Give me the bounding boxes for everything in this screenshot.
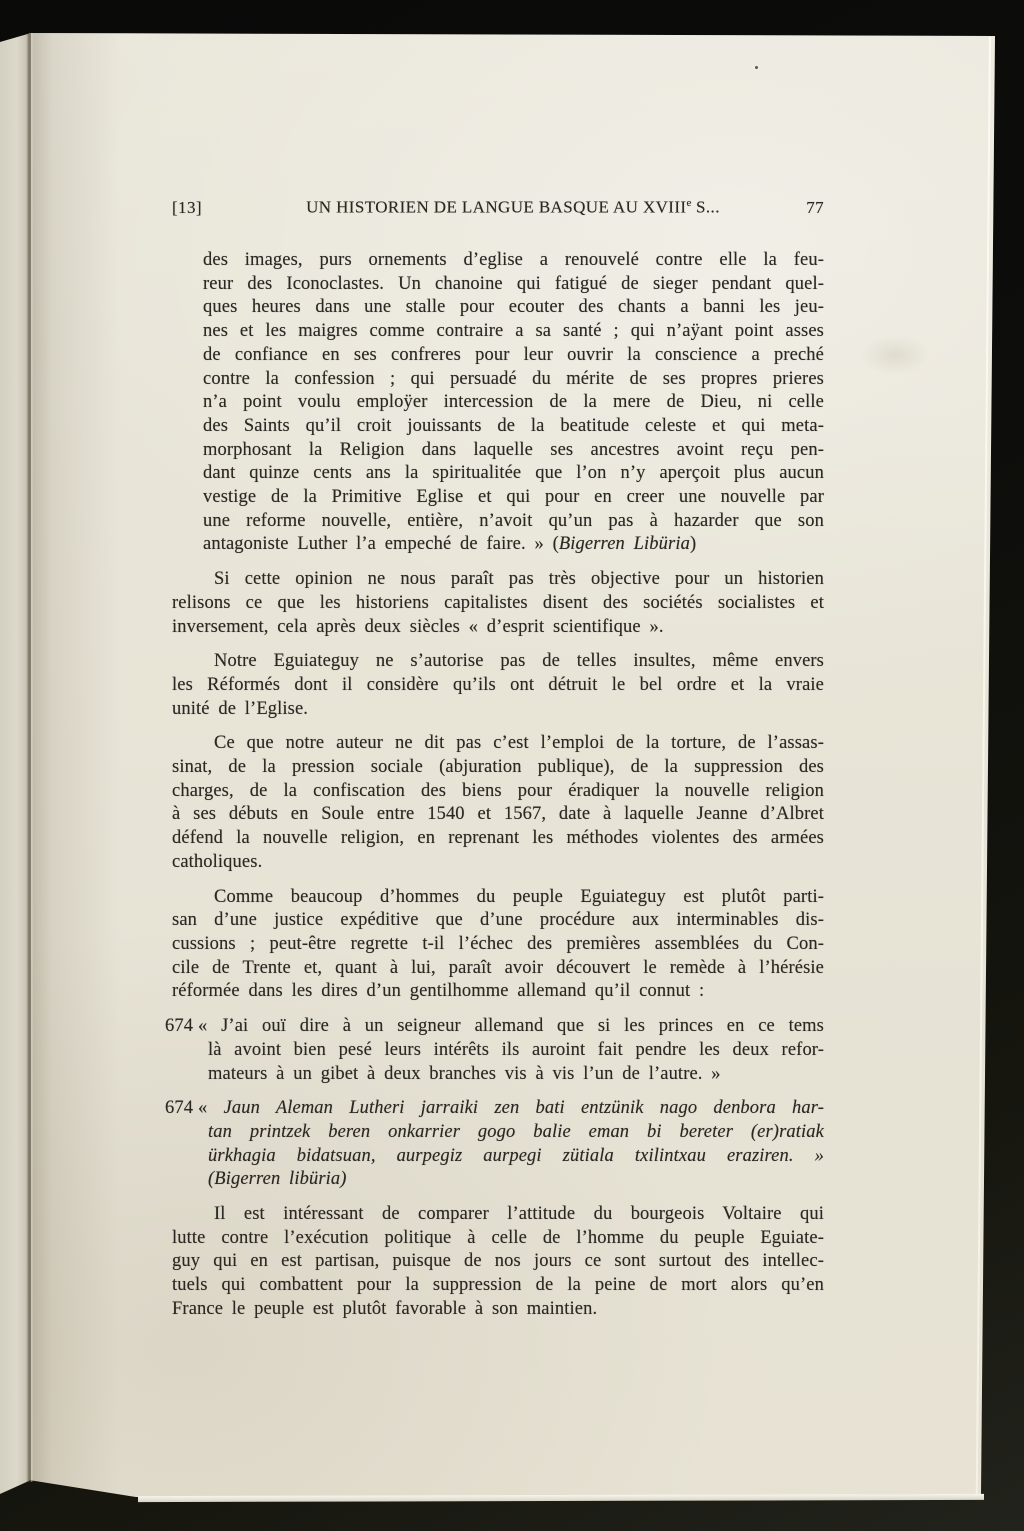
numbered-quote-block: 674« J’ai ouï dire à un seigneur alleman… bbox=[172, 1015, 824, 1086]
text-segment: cile de Trente et, quant à lui, paraît a… bbox=[172, 958, 824, 978]
numbered-quote-block: 674« Jaun Aleman Lutheri jarraiki zen ba… bbox=[172, 1097, 824, 1192]
text-line: France le peuple est plutôt favorable à … bbox=[172, 1298, 824, 1322]
paragraph: Ce que notre auteur ne dit pas c’est l’e… bbox=[172, 732, 824, 874]
text-line: antagoniste Luther l’a empeché de faire.… bbox=[203, 533, 824, 557]
text-segment: Ce que notre auteur ne dit pas c’est l’e… bbox=[214, 733, 824, 753]
text-line: cile de Trente et, quant à lui, paraît a… bbox=[172, 957, 824, 981]
text-segment: des images, purs ornements d’eglise a re… bbox=[203, 250, 824, 270]
text-segment: les Réformés dont il considère qu’ils on… bbox=[172, 675, 824, 695]
text-segment: des Saints qu’il croit jouissants de la … bbox=[203, 416, 824, 436]
text-line: Il est intéressant de comparer l’attitud… bbox=[172, 1203, 824, 1227]
text-segment: tuels qui combattent pour la suppression… bbox=[172, 1275, 824, 1295]
text-line: des Saints qu’il croit jouissants de la … bbox=[203, 415, 824, 439]
text-segment: san d’une justice expéditive que d’une p… bbox=[172, 910, 824, 930]
text-line: morphosant la Religion dans laquelle ses… bbox=[203, 439, 824, 463]
paragraph: Il est intéressant de comparer l’attitud… bbox=[172, 1203, 824, 1322]
text-column: des images, purs ornements d’eglise a re… bbox=[172, 249, 824, 1322]
text-line: catholiques. bbox=[172, 851, 824, 875]
text-segment: inversement, cela après deux siècles « d… bbox=[172, 617, 664, 637]
text-segment: guy qui en est partisan, puisque de nos … bbox=[172, 1251, 824, 1271]
text-segment: lutte contre l’exécution politique à cel… bbox=[172, 1228, 824, 1248]
italic-text: ürkhagia bidatsuan, aurpegiz aurpegi züt… bbox=[208, 1146, 824, 1166]
text-segment: n’a point voulu emploÿer intercession de… bbox=[203, 392, 824, 412]
text-line: inversement, cela après deux siècles « d… bbox=[172, 616, 824, 640]
text-line: ques heures dans une stalle pour ecouter… bbox=[203, 296, 824, 320]
text-segment: antagoniste Luther l’a empeché de faire.… bbox=[203, 534, 559, 554]
text-segment: nes et les maigres comme contraire a sa … bbox=[203, 321, 824, 341]
text-line: Si cette opinion ne nous paraît pas très… bbox=[172, 568, 824, 592]
text-line: n’a point voulu emploÿer intercession de… bbox=[203, 391, 824, 415]
text-line: guy qui en est partisan, puisque de nos … bbox=[172, 1250, 824, 1274]
text-segment: mateurs à un gibet à deux branches vis à… bbox=[208, 1064, 721, 1084]
text-segment: de confiance en ses confreres pour leur … bbox=[203, 345, 824, 365]
running-title-text: UN HISTORIEN DE LANGUE BASQUE AU XVIII bbox=[306, 198, 686, 217]
text-segment: cussions ; peut-être regrette t-il l’éch… bbox=[172, 934, 824, 954]
scanned-book-photo: [13] UN HISTORIEN DE LANGUE BASQUE AU XV… bbox=[0, 0, 1024, 1531]
text-segment: défend la nouvelle religion, en reprenan… bbox=[172, 828, 824, 848]
text-line: là avoint bien pesé leurs intérêts ils a… bbox=[208, 1039, 824, 1063]
text-line: une reforme nouvelle, entière, n’avoit q… bbox=[203, 510, 824, 534]
text-line: tuels qui combattent pour la suppression… bbox=[172, 1274, 824, 1298]
text-segment: une reforme nouvelle, entière, n’avoit q… bbox=[203, 511, 824, 531]
text-line: « Jaun Aleman Lutheri jarraiki zen bati … bbox=[208, 1097, 824, 1121]
text-line: cussions ; peut-être regrette t-il l’éch… bbox=[172, 933, 824, 957]
text-line: vestige de la Primitive Eglise et qui po… bbox=[203, 486, 824, 510]
page-bottom-edge bbox=[138, 1494, 984, 1502]
text-line: sinat, de la pression sociale (abjuratio… bbox=[172, 756, 824, 780]
text-line: Ce que notre auteur ne dit pas c’est l’e… bbox=[172, 732, 824, 756]
text-line: défend la nouvelle religion, en reprenan… bbox=[172, 827, 824, 851]
text-line: réformée dans les dires d’un gentilhomme… bbox=[172, 980, 824, 1004]
binding-crease bbox=[26, 33, 33, 1482]
italic-text: (Bigerren libüria) bbox=[208, 1169, 347, 1189]
paper-smudge bbox=[860, 335, 930, 375]
italic-text: Jaun Aleman Lutheri jarraiki zen bati en… bbox=[224, 1098, 824, 1118]
text-segment: Notre Eguiateguy ne s’autorise pas de te… bbox=[214, 651, 824, 671]
text-line: lutte contre l’exécution politique à cel… bbox=[172, 1227, 824, 1251]
item-number: 674 bbox=[165, 1097, 193, 1121]
paragraph: Notre Eguiateguy ne s’autorise pas de te… bbox=[172, 650, 824, 721]
text-line: reur des Iconoclastes. Un chanoine qui f… bbox=[203, 273, 824, 297]
italic-text: tan printzek beren onkarrier gogo balie … bbox=[208, 1122, 824, 1142]
text-line: charges, de la confiscation des biens po… bbox=[172, 780, 824, 804]
text-segment: catholiques. bbox=[172, 852, 262, 872]
text-segment: vestige de la Primitive Eglise et qui po… bbox=[203, 487, 824, 507]
text-line: tan printzek beren onkarrier gogo balie … bbox=[208, 1121, 824, 1145]
text-line: (Bigerren libüria) bbox=[208, 1168, 824, 1192]
text-line: des images, purs ornements d’eglise a re… bbox=[203, 249, 824, 273]
text-segment: Si cette opinion ne nous paraît pas très… bbox=[214, 569, 824, 589]
italic-text: Bigerren Libüria bbox=[559, 534, 690, 554]
text-segment: à ses débuts en Soule entre 1540 et 1567… bbox=[172, 804, 824, 824]
text-segment: France le peuple est plutôt favorable à … bbox=[172, 1299, 597, 1319]
text-segment: « J’ai ouï dire à un seigneur allemand q… bbox=[198, 1016, 824, 1036]
text-line: les Réformés dont il considère qu’ils on… bbox=[172, 674, 824, 698]
text-segment: sinat, de la pression sociale (abjuratio… bbox=[172, 757, 824, 777]
text-segment: contre la confession ; qui persuadé du m… bbox=[203, 369, 824, 389]
item-number: 674 bbox=[165, 1015, 193, 1039]
text-segment: dant quinze cents ans la spiritualitée q… bbox=[203, 463, 824, 483]
text-line: à ses débuts en Soule entre 1540 et 1567… bbox=[172, 803, 824, 827]
text-line: dant quinze cents ans la spiritualitée q… bbox=[203, 462, 824, 486]
page-number: 77 bbox=[764, 198, 824, 218]
block-quote: des images, purs ornements d’eglise a re… bbox=[203, 249, 824, 557]
text-segment: « bbox=[198, 1098, 224, 1118]
bracket-page-number: [13] bbox=[172, 198, 262, 218]
text-segment: relisons ce que les historiens capitalis… bbox=[172, 593, 824, 613]
paragraph: Si cette opinion ne nous paraît pas très… bbox=[172, 568, 824, 639]
text-segment: reur des Iconoclastes. Un chanoine qui f… bbox=[203, 274, 824, 294]
text-line: « J’ai ouï dire à un seigneur allemand q… bbox=[208, 1015, 824, 1039]
text-segment: Comme beaucoup d’hommes du peuple Eguiat… bbox=[214, 887, 824, 907]
text-line: mateurs à un gibet à deux branches vis à… bbox=[208, 1063, 824, 1087]
text-segment: charges, de la confiscation des biens po… bbox=[172, 781, 824, 801]
text-segment: Il est intéressant de comparer l’attitud… bbox=[214, 1204, 824, 1224]
text-line: san d’une justice expéditive que d’une p… bbox=[172, 909, 824, 933]
text-line: nes et les maigres comme contraire a sa … bbox=[203, 320, 824, 344]
text-line: de confiance en ses confreres pour leur … bbox=[203, 344, 824, 368]
text-line: Comme beaucoup d’hommes du peuple Eguiat… bbox=[172, 886, 824, 910]
text-segment: unité de l’Eglise. bbox=[172, 699, 308, 719]
text-line: unité de l’Eglise. bbox=[172, 698, 824, 722]
running-title: UN HISTORIEN DE LANGUE BASQUE AU XVIIIe … bbox=[262, 197, 764, 218]
text-line: contre la confession ; qui persuadé du m… bbox=[203, 368, 824, 392]
running-header: [13] UN HISTORIEN DE LANGUE BASQUE AU XV… bbox=[172, 197, 824, 218]
text-segment: morphosant la Religion dans laquelle ses… bbox=[203, 440, 824, 460]
paper-speck bbox=[755, 66, 758, 69]
text-line: Notre Eguiateguy ne s’autorise pas de te… bbox=[172, 650, 824, 674]
text-segment: ques heures dans une stalle pour ecouter… bbox=[203, 297, 824, 317]
text-segment: réformée dans les dires d’un gentilhomme… bbox=[172, 981, 704, 1001]
paragraph: Comme beaucoup d’hommes du peuple Eguiat… bbox=[172, 886, 824, 1005]
text-segment: là avoint bien pesé leurs intérêts ils a… bbox=[208, 1040, 824, 1060]
text-line: ürkhagia bidatsuan, aurpegiz aurpegi züt… bbox=[208, 1145, 824, 1169]
text-line: relisons ce que les historiens capitalis… bbox=[172, 592, 824, 616]
running-title-suffix: S... bbox=[691, 198, 719, 217]
text-segment: ) bbox=[690, 534, 696, 554]
